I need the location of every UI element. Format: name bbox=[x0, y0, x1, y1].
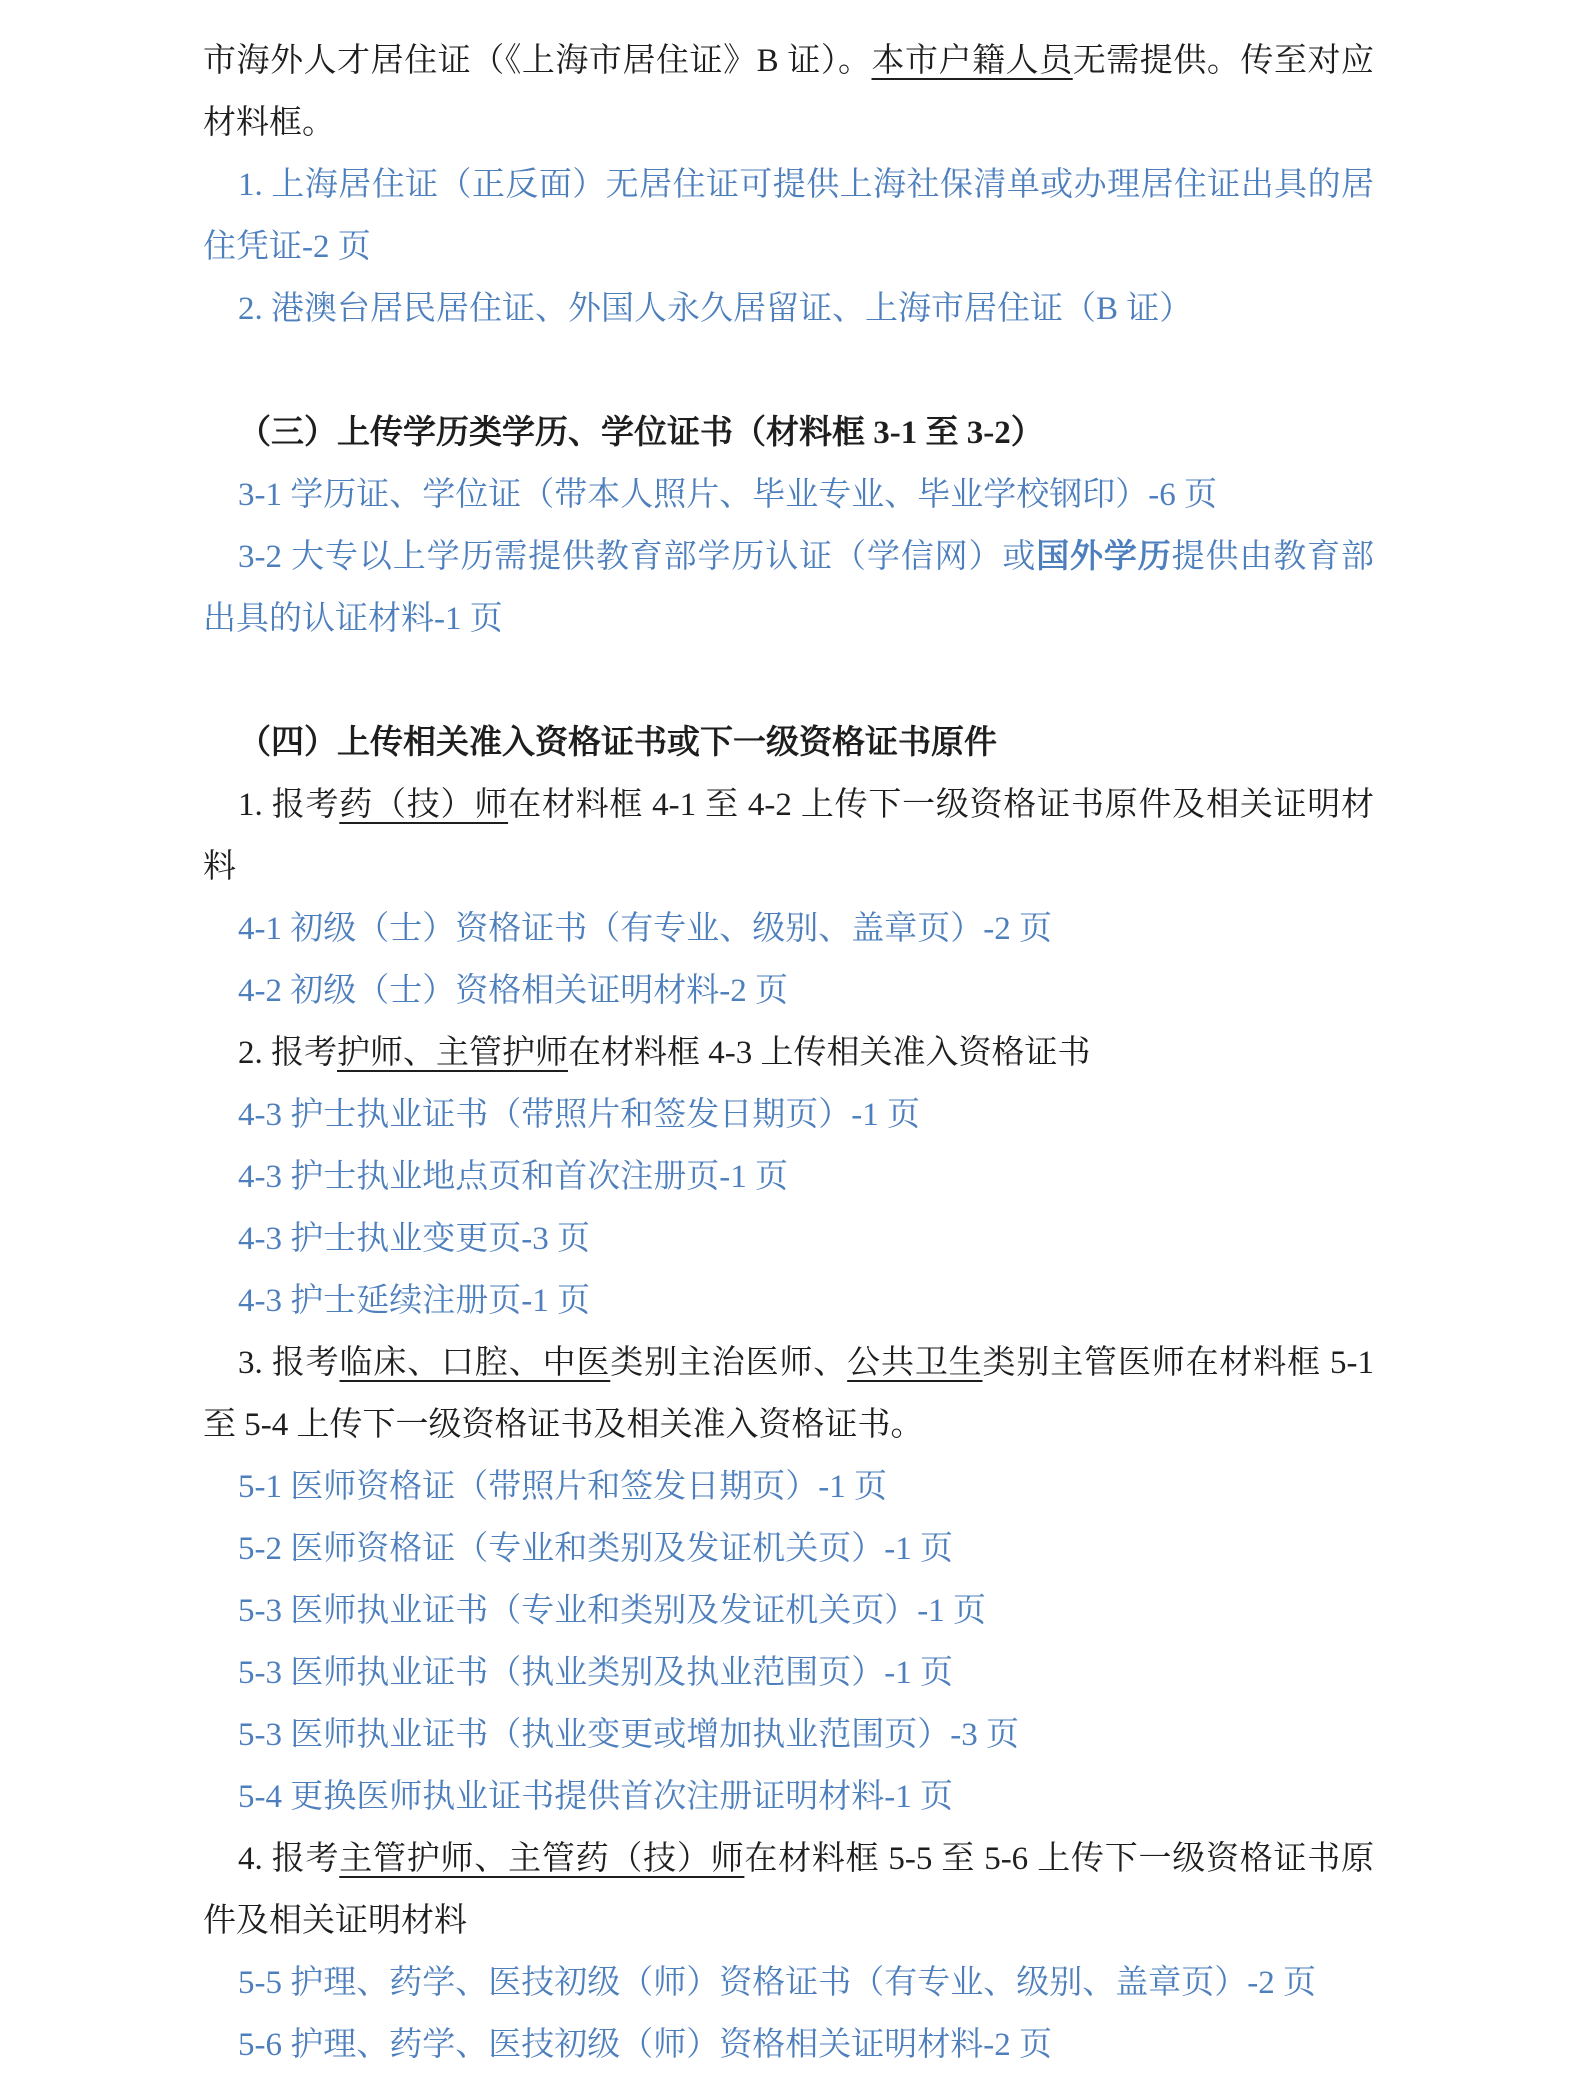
item-5-3-practice-cert-scope: 5-3 医师执业证书（执业类别及执业范围页）-1 页 bbox=[203, 1642, 1374, 1704]
text-run: 类别主治医师、 bbox=[610, 1345, 847, 1381]
item-4-3-nurse-renewal-page: 4-3 护士延续注册页-1 页 bbox=[203, 1270, 1374, 1332]
item-3-2-education-verification: 3-2 大专以上学历需提供教育部学历认证（学信网）或国外学历提供由教育部出具的认… bbox=[203, 526, 1374, 650]
underlined-text-nurse: 护师、主管护师 bbox=[337, 1035, 568, 1071]
heading-section-three: （三）上传学历类学历、学位证书（材料框 3-1 至 3-2） bbox=[203, 402, 1374, 464]
item-5-1-physician-qualification-photo: 5-1 医师资格证（带照片和签发日期页）-1 页 bbox=[203, 1456, 1374, 1518]
text-run: 1. 报考 bbox=[238, 787, 339, 823]
item-5-5-junior-shi-cert: 5-5 护理、药学、医技初级（师）资格证书（有专业、级别、盖章页）-2 页 bbox=[203, 1952, 1374, 2014]
item-1-shanghai-residence-permit: 1. 上海居住证（正反面）无居住证可提供上海社保清单或办理居住证出具的居住凭证-… bbox=[203, 154, 1374, 278]
item-4-3-nurse-change-page: 4-3 护士执业变更页-3 页 bbox=[203, 1208, 1374, 1270]
item-4-3-nurse-location-first-reg: 4-3 护士执业地点页和首次注册页-1 页 bbox=[203, 1146, 1374, 1208]
item-5-6-junior-shi-materials: 5-6 护理、药学、医技初级（师）资格相关证明材料-2 页 bbox=[203, 2014, 1374, 2076]
heading-section-four: （四）上传相关准入资格证书或下一级资格证书原件 bbox=[203, 712, 1374, 774]
text-run: 4. 报考 bbox=[238, 1841, 339, 1877]
item-2-hk-macao-taiwan-permit: 2. 港澳台居民居住证、外国人永久居留证、上海市居住证（B 证） bbox=[203, 278, 1374, 340]
para-apply-physician: 3. 报考临床、口腔、中医类别主治医师、公共卫生类别主管医师在材料框 5-1 至… bbox=[203, 1332, 1374, 1456]
item-5-3-practice-cert-change: 5-3 医师执业证书（执业变更或增加执业范围页）-3 页 bbox=[203, 1704, 1374, 1766]
underlined-text-clinical-dental-tcm: 临床、口腔、中医 bbox=[340, 1345, 611, 1381]
item-5-2-physician-qualification-category: 5-2 医师资格证（专业和类别及发证机关页）-1 页 bbox=[203, 1518, 1374, 1580]
para-apply-senior-nurse-pharm: 4. 报考主管护师、主管药（技）师在材料框 5-5 至 5-6 上传下一级资格证… bbox=[203, 1828, 1374, 1952]
item-4-1-junior-cert: 4-1 初级（士）资格证书（有专业、级别、盖章页）-2 页 bbox=[203, 898, 1374, 960]
para-apply-nurse: 2. 报考护师、主管护师在材料框 4-3 上传相关准入资格证书 bbox=[203, 1022, 1374, 1084]
underlined-text-pharmacist-tech: 药（技）师 bbox=[339, 787, 508, 823]
text-run: 市海外人才居住证（《上海市居住证》B 证）。 bbox=[203, 43, 872, 79]
bold-text-foreign-degree: 国外学历 bbox=[1036, 539, 1171, 575]
text-run: 3-2 大专以上学历需提供教育部学历认证（学信网）或 bbox=[238, 539, 1036, 575]
para-apply-pharmacist-tech: 1. 报考药（技）师在材料框 4-1 至 4-2 上传下一级资格证书原件及相关证… bbox=[203, 774, 1374, 898]
text-run: 3. 报考 bbox=[238, 1345, 340, 1381]
item-3-1-diploma-degree: 3-1 学历证、学位证（带本人照片、毕业专业、毕业学校钢印）-6 页 bbox=[203, 464, 1374, 526]
item-4-2-junior-cert-materials: 4-2 初级（士）资格相关证明材料-2 页 bbox=[203, 960, 1374, 1022]
text-run: 2. 报考 bbox=[238, 1035, 337, 1071]
underlined-text-public-health: 公共卫生 bbox=[847, 1345, 982, 1381]
item-5-3-practice-cert-category: 5-3 医师执业证书（专业和类别及发证机关页）-1 页 bbox=[203, 1580, 1374, 1642]
underlined-text-local-household: 本市户籍人员 bbox=[872, 43, 1073, 79]
para-residence-permit-continued: 市海外人才居住证（《上海市居住证》B 证）。本市户籍人员无需提供。传至对应材料框… bbox=[203, 30, 1374, 154]
item-5-4-replacement-first-reg: 5-4 更换医师执业证书提供首次注册证明材料-1 页 bbox=[203, 1766, 1374, 1828]
underlined-text-senior-nurse-pharm: 主管护师、主管药（技）师 bbox=[339, 1841, 744, 1877]
text-run: 在材料框 4-3 上传相关准入资格证书 bbox=[568, 1035, 1091, 1071]
item-4-3-nurse-license-photo: 4-3 护士执业证书（带照片和签发日期页）-1 页 bbox=[203, 1084, 1374, 1146]
document-page: 市海外人才居住证（《上海市居住证》B 证）。本市户籍人员无需提供。传至对应材料框… bbox=[0, 0, 1587, 2100]
